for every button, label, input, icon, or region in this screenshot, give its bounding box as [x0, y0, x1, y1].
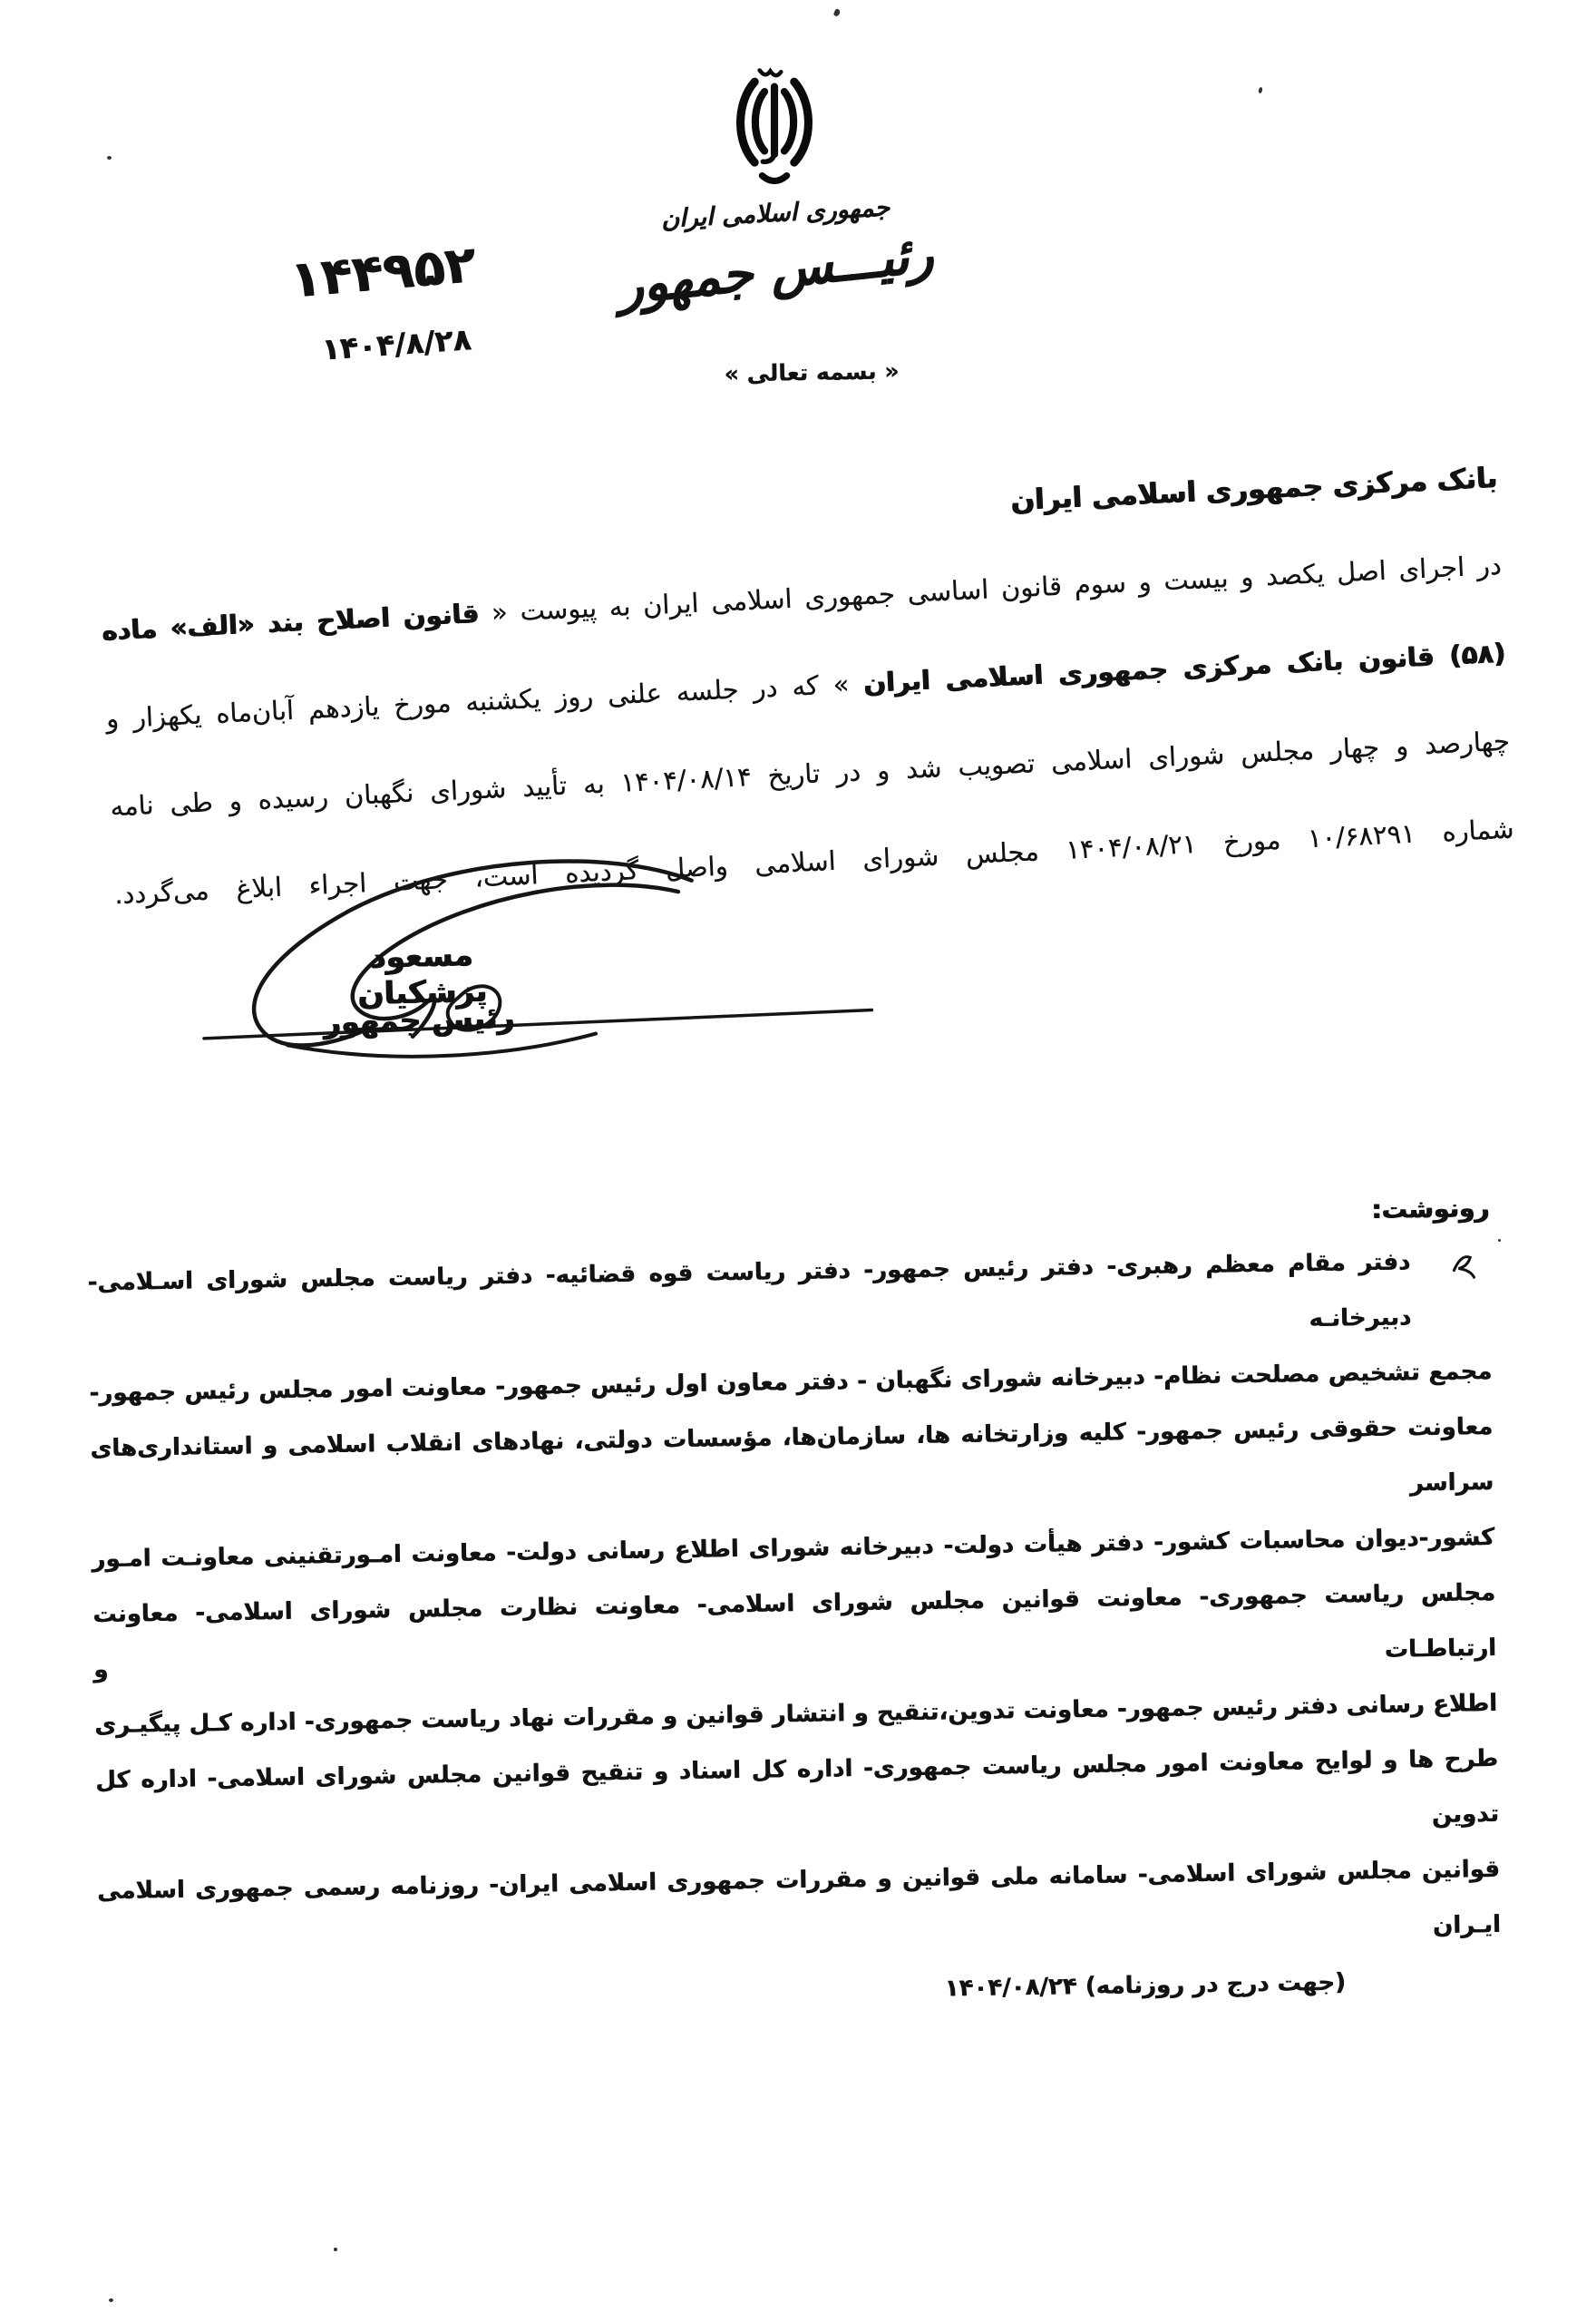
handwritten-check-mark	[1450, 1244, 1478, 1300]
letterhead-office-line: رئیـــس جمهور	[579, 221, 972, 321]
body-line-1-bold: قانون اصلاح بند «الف» ماده	[101, 598, 479, 647]
cc-line: طرح ها و لوایح معاونت امور مجلس ریاست جم…	[95, 1732, 1500, 1864]
signer-title: رئیس جمهور	[321, 1000, 517, 1040]
cc-line: قوانین مجلس شورای اسلامی- سامانه ملی قوا…	[97, 1842, 1502, 1975]
cc-line: مجلس ریاست جمهوری- معاونت قوانین مجلس شو…	[92, 1566, 1497, 1698]
signature-scribble	[183, 839, 906, 1094]
scan-speck	[833, 8, 842, 17]
scanned-letter-page: { "header": { "emblem_icon": "iran-coat-…	[0, 0, 1596, 2322]
scan-speck	[109, 2298, 113, 2302]
besmele-invocation: « بسمه تعالی »	[689, 357, 934, 388]
handwritten-ref-number: ۱۴۴۹۵۲	[263, 233, 503, 312]
body-line-2-text: » که در جلسه علنی روز یکشنبه مورخ یازدهم…	[105, 668, 864, 734]
scan-speck	[1498, 1239, 1501, 1242]
scan-speck	[1258, 87, 1263, 94]
signature-block: مسعود پزشکیان رئیس جمهور	[183, 839, 906, 1094]
handwritten-ref-date: ۱۴۰۴/۸/۲۸	[291, 319, 501, 369]
cc-block: رونوشت: دفتر مقام معظم رهبری- دفتر رئیس …	[86, 1188, 1502, 2030]
scan-speck	[334, 2248, 337, 2251]
cc-line-text: دفتر مقام معظم رهبری- دفتر رئیس جمهور- د…	[87, 1248, 1411, 1332]
iran-coat-of-arms-icon	[721, 60, 828, 200]
body-line-2-bold: (۵۸) قانون بانک مرکزی جمهوری اسلامی ایرا…	[862, 638, 1506, 698]
scan-speck	[107, 156, 112, 160]
cc-line: معاونت حقوقی رئیس جمهور- کلیه وزارتخانه …	[90, 1400, 1494, 1532]
cc-line: دفتر مقام معظم رهبری- دفتر رئیس جمهور- د…	[87, 1234, 1492, 1366]
